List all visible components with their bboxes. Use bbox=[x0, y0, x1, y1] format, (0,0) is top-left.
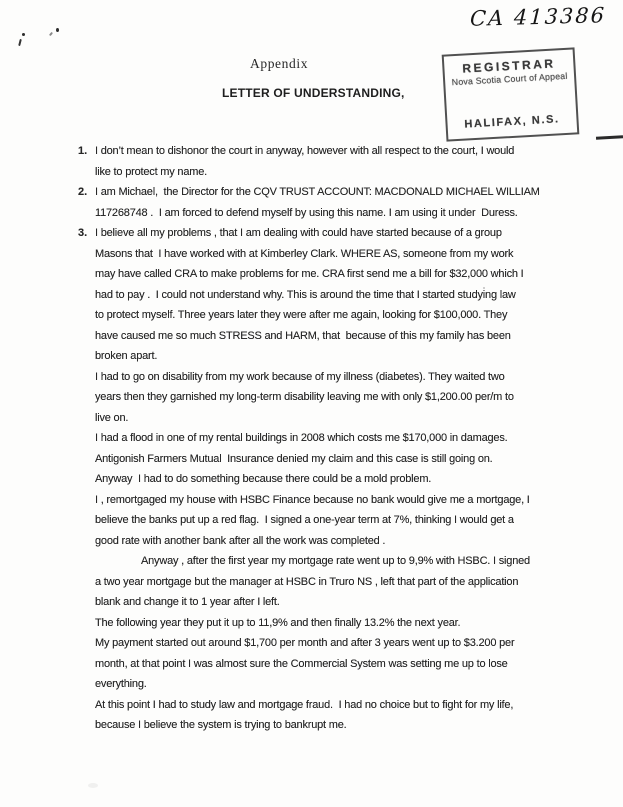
list-number: 3. bbox=[78, 223, 95, 244]
line-text: The following year they put it up to 11,… bbox=[95, 617, 460, 629]
appendix-heading: Appendix bbox=[250, 56, 308, 72]
numbered-text-line: 1.I don’t mean to dishonor the court in … bbox=[78, 141, 540, 162]
line-text: I had a flood in one of my rental buildi… bbox=[95, 432, 507, 444]
numbered-text-line: 3.I believe all my problems , that I am … bbox=[78, 223, 540, 244]
pen-speck bbox=[56, 28, 59, 32]
line-text: everything. bbox=[95, 678, 147, 690]
line-text: a two year mortgage but the manager at H… bbox=[95, 576, 518, 588]
text-line: everything. bbox=[78, 674, 540, 695]
text-line: a two year mortgage but the manager at H… bbox=[78, 572, 540, 593]
pen-stroke bbox=[18, 39, 22, 46]
line-text: I am Michael, the Director for the CQV T… bbox=[95, 186, 540, 198]
text-line: I had to go on disability from my work b… bbox=[78, 367, 540, 388]
scan-artifact-dot bbox=[483, 287, 485, 289]
text-line: to protect myself. Three years later the… bbox=[78, 305, 540, 326]
text-line: blank and change it to 1 year after I le… bbox=[78, 592, 540, 613]
registrar-stamp: REGISTRAR Nova Scotia Court of Appeal HA… bbox=[442, 47, 580, 141]
text-line: believe the banks put up a red flag. I s… bbox=[78, 510, 540, 531]
text-line: I , remortgaged my house with HSBC Finan… bbox=[78, 490, 540, 511]
text-line: may have called CRA to make problems for… bbox=[78, 264, 540, 285]
text-line: Anyway , after the first year my mortgag… bbox=[78, 551, 540, 572]
text-line: At this point I had to study law and mor… bbox=[78, 695, 540, 716]
text-line: years then they garnished my long-term d… bbox=[78, 387, 540, 408]
text-line: broken apart. bbox=[78, 346, 540, 367]
line-text: My payment started out around $1,700 per… bbox=[95, 637, 514, 649]
text-line: My payment started out around $1,700 per… bbox=[78, 633, 540, 654]
line-text: Anyway I had to do something because the… bbox=[95, 473, 431, 485]
line-text: broken apart. bbox=[95, 350, 157, 362]
scan-artifact-dash bbox=[596, 135, 623, 139]
document-lines: 1.I don’t mean to dishonor the court in … bbox=[78, 141, 540, 736]
text-line: The following year they put it up to 11,… bbox=[78, 613, 540, 634]
line-text: had to pay . I could not understand why.… bbox=[95, 289, 516, 301]
line-text: like to protect my name. bbox=[95, 166, 207, 178]
line-text: At this point I had to study law and mor… bbox=[95, 699, 513, 711]
handwritten-case-number: CA 413386 bbox=[469, 3, 606, 31]
line-text: Antigonish Farmers Mutual Insurance deni… bbox=[95, 453, 493, 465]
line-text: I , remortgaged my house with HSBC Finan… bbox=[95, 494, 530, 506]
text-line: good rate with another bank after all th… bbox=[78, 531, 540, 552]
scanned-document-page: CA 413386 REGISTRAR Nova Scotia Court of… bbox=[0, 0, 623, 807]
line-text: to protect myself. Three years later the… bbox=[95, 309, 507, 321]
pen-speck bbox=[22, 33, 25, 36]
stamp-city-text: HALIFAX, N.S. bbox=[447, 112, 576, 131]
line-text: I don’t mean to dishonor the court in an… bbox=[95, 145, 514, 157]
text-line: because I believe the system is trying t… bbox=[78, 715, 540, 736]
line-text: may have called CRA to make problems for… bbox=[95, 268, 524, 280]
text-line: I had a flood in one of my rental buildi… bbox=[78, 428, 540, 449]
text-line: have caused me so much STRESS and HARM, … bbox=[78, 326, 540, 347]
line-text: have caused me so much STRESS and HARM, … bbox=[95, 330, 511, 342]
line-text: Anyway , after the first year my mortgag… bbox=[95, 555, 530, 567]
line-text: because I believe the system is trying t… bbox=[95, 719, 347, 731]
text-line: Masons that I have worked with at Kimber… bbox=[78, 244, 540, 265]
list-number: 2. bbox=[78, 182, 95, 203]
line-text: month, at that point I was almost sure t… bbox=[95, 658, 508, 670]
text-line: live on. bbox=[78, 408, 540, 429]
pen-stroke bbox=[49, 32, 53, 36]
line-text: years then they garnished my long-term d… bbox=[95, 391, 514, 403]
line-text: I had to go on disability from my work b… bbox=[95, 371, 505, 383]
line-text: I believe all my problems , that I am de… bbox=[95, 227, 502, 239]
text-line: month, at that point I was almost sure t… bbox=[78, 654, 540, 675]
scan-artifact-smudge bbox=[88, 783, 98, 788]
line-text: blank and change it to 1 year after I le… bbox=[95, 596, 280, 608]
line-text: good rate with another bank after all th… bbox=[95, 535, 385, 547]
text-line: Antigonish Farmers Mutual Insurance deni… bbox=[78, 449, 540, 470]
text-line: like to protect my name. bbox=[78, 162, 540, 183]
line-text: 117268748 . I am forced to defend myself… bbox=[95, 207, 518, 219]
letter-of-understanding-heading: LETTER OF UNDERSTANDING, bbox=[222, 86, 405, 100]
text-line: Anyway I had to do something because the… bbox=[78, 469, 540, 490]
text-line: had to pay . I could not understand why.… bbox=[78, 285, 540, 306]
line-text: live on. bbox=[95, 412, 128, 424]
line-text: believe the banks put up a red flag. I s… bbox=[95, 514, 514, 526]
list-number: 1. bbox=[78, 141, 95, 162]
numbered-text-line: 2.I am Michael, the Director for the CQV… bbox=[78, 182, 540, 203]
line-text: Masons that I have worked with at Kimber… bbox=[95, 248, 513, 260]
text-line: 117268748 . I am forced to defend myself… bbox=[78, 203, 540, 224]
